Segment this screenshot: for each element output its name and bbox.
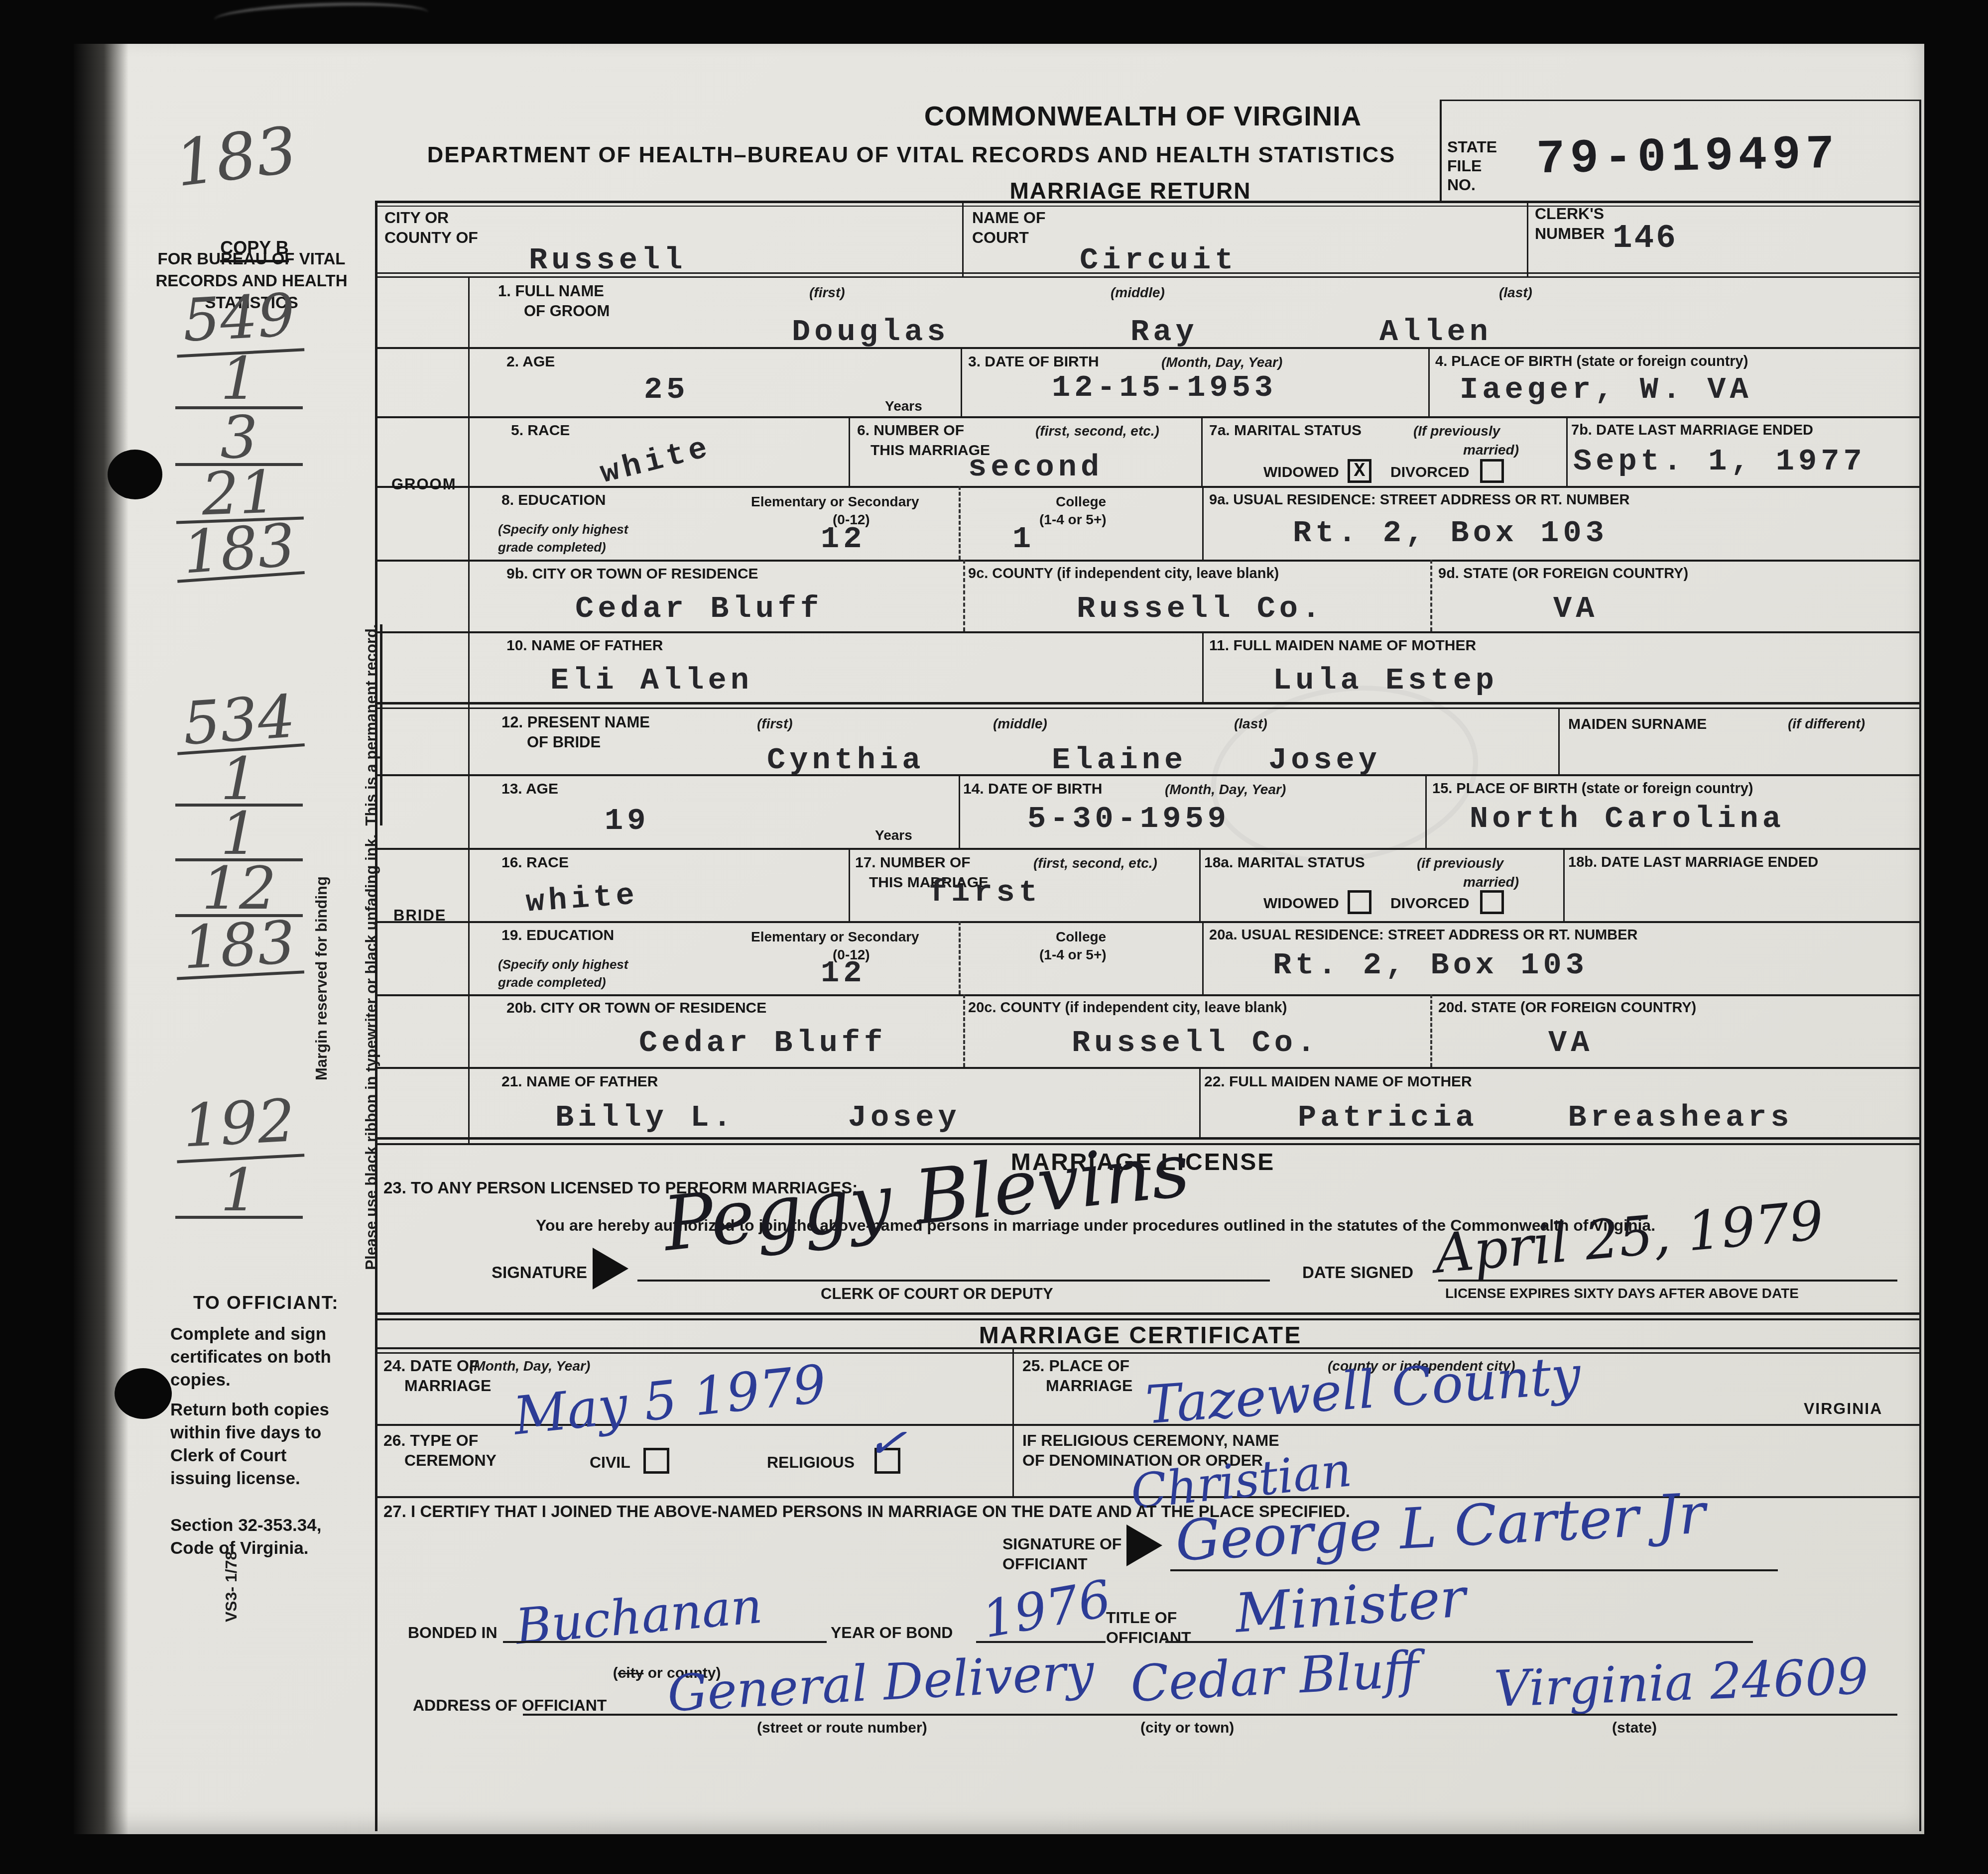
margin-number: 3 bbox=[175, 407, 303, 466]
rule bbox=[1199, 1067, 1201, 1137]
rule bbox=[1440, 100, 1442, 202]
groom-first-name: Douglas bbox=[792, 317, 949, 348]
rule bbox=[961, 347, 962, 416]
bride-marital-status-sublabel: (if previously bbox=[1417, 855, 1503, 871]
groom-residence-value: Rt. 2, Box 103 bbox=[1293, 518, 1608, 549]
middle-sublabel: (middle) bbox=[1111, 285, 1165, 301]
bride-mother-value: Patricia Breashears bbox=[1298, 1102, 1793, 1133]
clerk-number-label: CLERK'S bbox=[1535, 205, 1604, 223]
rule bbox=[1202, 631, 1204, 702]
margin-number: 1 bbox=[175, 349, 303, 409]
rule bbox=[375, 1067, 1921, 1069]
city-county-label: CITY OR bbox=[384, 209, 449, 227]
rule bbox=[375, 631, 1921, 633]
rule bbox=[375, 1312, 1921, 1315]
title-of-officiant-label: TITLE OF bbox=[1106, 1609, 1177, 1627]
rule bbox=[1527, 201, 1528, 278]
groom-state-value: VA bbox=[1553, 593, 1598, 624]
groom-pob-value: Iaeger, W. VA bbox=[1460, 374, 1752, 405]
groom-middle-name: Ray bbox=[1130, 317, 1198, 348]
bride-marital-status-sublabel: married) bbox=[1463, 874, 1519, 890]
signature-line bbox=[637, 1280, 1270, 1282]
code-reference-line: Section 32-353.34, bbox=[170, 1516, 322, 1535]
bride-years-label: Years bbox=[875, 827, 912, 843]
address-city-sublabel: (city or town) bbox=[1140, 1720, 1234, 1737]
signature-label: SIGNATURE bbox=[492, 1264, 587, 1282]
bride-state-value: VA bbox=[1548, 1028, 1593, 1058]
margin-number: 192 bbox=[174, 1090, 305, 1163]
groom-elementary-label: Elementary or Secondary bbox=[751, 494, 919, 509]
date-of-marriage-label: MARRIAGE bbox=[404, 1377, 491, 1395]
groom-age-value: 25 bbox=[644, 374, 689, 405]
religious-label: RELIGIOUS bbox=[767, 1454, 855, 1472]
first-sublabel: (first) bbox=[757, 716, 793, 732]
margin-number: 183 bbox=[174, 912, 304, 980]
bride-marriage-number-label: 17. NUMBER OF bbox=[855, 854, 971, 871]
rule bbox=[375, 560, 1921, 562]
middle-sublabel: (middle) bbox=[993, 716, 1047, 732]
denomination-label: IF RELIGIOUS CEREMONY, NAME bbox=[1022, 1432, 1279, 1450]
clerk-of-court-label: CLERK OF COURT OR DEPUTY bbox=[821, 1286, 1053, 1303]
court-label: NAME OF bbox=[972, 209, 1046, 227]
groom-county-value: Russell Co. bbox=[1077, 593, 1324, 624]
rule bbox=[1428, 347, 1430, 416]
bride-pob-value: North Carolina bbox=[1470, 804, 1785, 834]
groom-mother-label: 11. FULL MAIDEN NAME OF MOTHER bbox=[1209, 637, 1476, 654]
bride-education-sublabel: (Specify only highest bbox=[498, 957, 628, 972]
rule bbox=[959, 774, 960, 848]
groom-widowed-checkbox: X bbox=[1348, 459, 1371, 483]
ceremony-type-label: CEREMONY bbox=[404, 1452, 497, 1470]
address-state-value: Virginia 24609 bbox=[1493, 1651, 1869, 1714]
state-file-label: NO. bbox=[1447, 176, 1476, 194]
groom-section-label: GROOM bbox=[391, 476, 457, 493]
groom-name-label: OF GROOM bbox=[524, 303, 610, 320]
ink-note-underlined: This is a permanent record. bbox=[363, 624, 382, 826]
groom-years-label: Years bbox=[885, 398, 922, 414]
department-title: DEPARTMENT OF HEALTH–BUREAU OF VITAL REC… bbox=[383, 142, 1439, 167]
court-label: COURT bbox=[972, 229, 1029, 247]
groom-marriage-ended-label: 7b. DATE LAST MARRIAGE ENDED bbox=[1571, 422, 1813, 438]
bride-pob-label: 15. PLACE OF BIRTH (state or foreign cou… bbox=[1432, 781, 1753, 797]
rule bbox=[375, 1318, 1921, 1320]
last-sublabel: (last) bbox=[1234, 716, 1267, 732]
bride-marriage-number-value: first bbox=[929, 877, 1041, 908]
rule bbox=[849, 848, 850, 921]
groom-name-label: 1. FULL NAME bbox=[498, 283, 604, 300]
bride-race-value: white bbox=[525, 880, 639, 919]
license-expires-label: LICENSE EXPIRES SIXTY DAYS AFTER ABOVE D… bbox=[1445, 1286, 1799, 1301]
bride-college-label: College bbox=[1056, 929, 1106, 944]
paper-edge-shadow bbox=[74, 44, 128, 1834]
bride-dob-sublabel: (Month, Day, Year) bbox=[1165, 782, 1286, 798]
rule-dashed bbox=[1430, 994, 1432, 1067]
address-city-value: Cedar Bluff bbox=[1129, 1644, 1420, 1709]
groom-marital-status-sublabel: married) bbox=[1463, 442, 1519, 458]
state-file-label: FILE bbox=[1447, 157, 1482, 175]
officiant-signature-label: SIGNATURE OF bbox=[1002, 1535, 1121, 1553]
officiant-signature-arrow-icon bbox=[1126, 1524, 1162, 1566]
officiant-note-line: copies. bbox=[170, 1370, 231, 1390]
bride-widowed-label: WIDOWED bbox=[1263, 895, 1339, 912]
date-signed-label: DATE SIGNED bbox=[1302, 1264, 1413, 1282]
groom-dob-label: 3. DATE OF BIRTH bbox=[968, 353, 1099, 370]
groom-father-value: Eli Allen bbox=[550, 665, 753, 696]
groom-education-sublabel: grade completed) bbox=[498, 540, 606, 555]
bride-divorced-label: DIVORCED bbox=[1390, 895, 1469, 912]
groom-divorced-label: DIVORCED bbox=[1390, 464, 1469, 481]
place-of-marriage-label: 25. PLACE OF bbox=[1022, 1357, 1129, 1375]
rule bbox=[849, 416, 850, 486]
rule bbox=[1919, 100, 1921, 1831]
bride-first-name: Cynthia bbox=[767, 745, 924, 776]
commonwealth-title: COMMONWEALTH OF VIRGINIA bbox=[886, 101, 1399, 132]
groom-widowed-mark: X bbox=[1354, 461, 1366, 482]
bride-name-label: 12. PRESENT NAME bbox=[501, 714, 650, 731]
groom-college-label: College bbox=[1056, 494, 1106, 509]
margin-number: 1 bbox=[175, 1160, 303, 1219]
bride-mother-label: 22. FULL MAIDEN NAME OF MOTHER bbox=[1204, 1073, 1472, 1090]
bride-residence-value: Rt. 2, Box 103 bbox=[1273, 950, 1588, 981]
bride-dob-value: 5-30-1959 bbox=[1027, 804, 1230, 834]
form-title: MARRIAGE RETURN bbox=[881, 178, 1379, 204]
rule-dashed bbox=[959, 486, 961, 560]
date-signed-line bbox=[1438, 1280, 1897, 1282]
groom-marriage-ended-value: Sept. 1, 1977 bbox=[1573, 446, 1866, 477]
officiant-signature-label: OFFICIANT bbox=[1002, 1555, 1088, 1573]
bride-middle-name: Elaine bbox=[1052, 745, 1187, 776]
groom-dob-sublabel: (Month, Day, Year) bbox=[1161, 354, 1282, 370]
address-state-sublabel: (state) bbox=[1612, 1720, 1657, 1737]
margin-number: 183 bbox=[173, 514, 305, 583]
groom-residence-label: 9a. USUAL RESIDENCE: STREET ADDRESS OR R… bbox=[1209, 492, 1629, 508]
rule bbox=[1563, 848, 1565, 921]
civil-checkbox bbox=[643, 1448, 669, 1474]
groom-county-label: 9c. COUNTY (if independent city, leave b… bbox=[968, 566, 1279, 582]
groom-last-name: Allen bbox=[1379, 317, 1492, 348]
address-line bbox=[523, 1714, 1897, 1716]
clerk-number-value: 146 bbox=[1613, 222, 1678, 255]
rule bbox=[1202, 921, 1204, 994]
rule bbox=[1425, 774, 1427, 848]
maiden-surname-sublabel: (if different) bbox=[1788, 716, 1865, 732]
bride-name-label: OF BRIDE bbox=[527, 734, 601, 751]
rule bbox=[1440, 100, 1921, 101]
groom-college-value: 1 bbox=[1012, 524, 1035, 555]
groom-dob-value: 12-15-1953 bbox=[1052, 372, 1277, 403]
year-of-bond-label: YEAR OF BOND bbox=[831, 1624, 953, 1642]
groom-education-label: 8. EDUCATION bbox=[501, 492, 606, 509]
court-value: Circuit bbox=[1080, 245, 1237, 276]
groom-pob-label: 4. PLACE OF BIRTH (state or foreign coun… bbox=[1435, 353, 1748, 369]
clerk-number-label: NUMBER bbox=[1535, 225, 1605, 243]
officiant-note-line: Clerk of Court bbox=[170, 1446, 286, 1465]
bonded-in-line bbox=[503, 1641, 827, 1643]
bride-elementary-value: 12 bbox=[821, 958, 866, 989]
rule-dashed bbox=[963, 994, 965, 1067]
officiant-note-line: within five days to bbox=[170, 1423, 321, 1442]
groom-widowed-label: WIDOWED bbox=[1263, 464, 1339, 481]
city-county-value: Russell bbox=[529, 245, 686, 276]
rule-dashed bbox=[1430, 560, 1432, 631]
top-scratch-mark bbox=[214, 0, 429, 33]
rule bbox=[375, 416, 1921, 418]
bride-race-label: 16. RACE bbox=[501, 854, 569, 871]
groom-father-label: 10. NAME OF FATHER bbox=[506, 637, 663, 654]
bride-marriage-ended-label: 18b. DATE LAST MARRIAGE ENDED bbox=[1568, 854, 1818, 870]
bride-dob-label: 14. DATE OF BIRTH bbox=[963, 781, 1102, 798]
groom-age-label: 2. AGE bbox=[506, 353, 555, 370]
groom-education-sublabel: (Specify only highest bbox=[498, 522, 628, 537]
bride-divorced-checkbox bbox=[1480, 890, 1504, 914]
groom-divorced-checkbox bbox=[1480, 459, 1504, 483]
bride-marriage-number-sublabel: (first, second, etc.) bbox=[1033, 855, 1157, 871]
officiant-note-line: Complete and sign bbox=[170, 1324, 326, 1344]
groom-city-label: 9b. CITY OR TOWN OF RESIDENCE bbox=[506, 566, 758, 583]
certificate-section-title: MARRIAGE CERTIFICATE bbox=[966, 1322, 1315, 1349]
place-of-marriage-label: MARRIAGE bbox=[1046, 1377, 1132, 1395]
rule bbox=[1012, 1349, 1014, 1496]
bonded-in-label: BONDED IN bbox=[408, 1624, 497, 1642]
groom-marital-status-label: 7a. MARITAL STATUS bbox=[1209, 422, 1362, 439]
punch-hole bbox=[108, 450, 162, 499]
bride-last-name: Josey bbox=[1268, 745, 1381, 776]
bride-education-sublabel: grade completed) bbox=[498, 975, 606, 990]
first-sublabel: (first) bbox=[809, 285, 845, 301]
officiant-note-line: Return both copies bbox=[170, 1400, 329, 1419]
rule bbox=[375, 1352, 1921, 1354]
bride-father-label: 21. NAME OF FATHER bbox=[501, 1073, 658, 1090]
rule bbox=[375, 201, 377, 1831]
bride-age-label: 13. AGE bbox=[501, 781, 558, 798]
virginia-label: VIRGINIA bbox=[1804, 1400, 1882, 1418]
religious-checkmark: ✓ bbox=[865, 1417, 909, 1468]
last-sublabel: (last) bbox=[1499, 285, 1532, 301]
groom-race-label: 5. RACE bbox=[511, 422, 570, 439]
scanned-marriage-return: { "margin": { "top_number": "183", "copy… bbox=[0, 0, 1988, 1874]
rule bbox=[468, 276, 470, 1145]
bride-state-label: 20d. STATE (OR FOREIGN COUNTRY) bbox=[1438, 1000, 1696, 1016]
groom-marriage-number-value: second bbox=[968, 452, 1103, 483]
rule bbox=[1202, 486, 1204, 560]
punch-hole bbox=[115, 1368, 172, 1419]
bride-widowed-checkbox bbox=[1348, 890, 1371, 914]
bride-marital-status-label: 18a. MARITAL STATUS bbox=[1204, 854, 1365, 871]
state-file-number: 79-019497 bbox=[1536, 131, 1840, 184]
title-of-officiant-value: Minister bbox=[1234, 1571, 1468, 1641]
rule bbox=[1199, 848, 1201, 921]
maiden-surname-label: MAIDEN SURNAME bbox=[1568, 716, 1707, 733]
groom-state-label: 9d. STATE (OR FOREIGN COUNTRY) bbox=[1438, 566, 1688, 582]
rule bbox=[1201, 416, 1203, 486]
groom-marriage-number-label: 6. NUMBER OF bbox=[857, 422, 964, 439]
officiant-note-line: certificates on both bbox=[170, 1347, 331, 1367]
ceremony-type-label: 26. TYPE OF bbox=[383, 1432, 478, 1450]
rule bbox=[1566, 416, 1568, 486]
rule bbox=[375, 707, 1921, 709]
address-of-officiant-label: ADDRESS OF OFFICIANT bbox=[413, 1697, 607, 1715]
groom-marital-status-sublabel: (If previously bbox=[1413, 423, 1500, 439]
bride-county-label: 20c. COUNTY (if independent city, leave … bbox=[968, 1000, 1287, 1016]
date-of-marriage-label: 24. DATE OF bbox=[383, 1357, 479, 1375]
form-code: VS3- 1/78 bbox=[222, 1551, 241, 1622]
bride-city-value: Cedar Bluff bbox=[639, 1028, 886, 1058]
state-file-label: STATE bbox=[1447, 138, 1497, 156]
bride-father-value: Billy L. Josey bbox=[555, 1102, 961, 1133]
officiant-note-line: issuing license. bbox=[170, 1469, 300, 1488]
groom-city-value: Cedar Bluff bbox=[575, 593, 823, 624]
rule-dashed bbox=[963, 560, 965, 631]
title-of-officiant-label: OFFICIANT bbox=[1106, 1629, 1191, 1647]
rule bbox=[375, 206, 1921, 207]
rule bbox=[1558, 709, 1560, 774]
margin-number: 1 bbox=[175, 749, 303, 807]
bride-county-value: Russell Co. bbox=[1072, 1028, 1319, 1058]
bride-residence-label: 20a. USUAL RESIDENCE: STREET ADDRESS OR … bbox=[1209, 927, 1637, 943]
rule bbox=[375, 848, 1921, 850]
civil-label: CIVIL bbox=[590, 1454, 630, 1472]
rule bbox=[375, 702, 1921, 704]
binding-note: Margin reserved for binding bbox=[313, 876, 331, 1080]
date-of-marriage-sublabel: (Month, Day, Year) bbox=[469, 1358, 590, 1374]
rule bbox=[375, 921, 1921, 923]
bride-city-label: 20b. CITY OR TOWN OF RESIDENCE bbox=[506, 1000, 766, 1017]
bride-age-value: 19 bbox=[605, 806, 649, 836]
bride-section-label: BRIDE bbox=[393, 907, 446, 925]
bureau-line: FOR BUREAU OF VITAL bbox=[134, 250, 369, 268]
groom-marriage-number-sublabel: (first, second, etc.) bbox=[1035, 423, 1159, 439]
margin-number: 1 bbox=[175, 804, 303, 861]
address-street-sublabel: (street or route number) bbox=[757, 1720, 927, 1737]
groom-mother-value: Lula Estep bbox=[1273, 665, 1498, 696]
rule bbox=[375, 994, 1921, 996]
groom-college-range: (1-4 or 5+) bbox=[1039, 512, 1107, 527]
bride-elementary-label: Elementary or Secondary bbox=[751, 929, 919, 944]
city-struck: city bbox=[618, 1665, 644, 1681]
groom-elementary-value: 12 bbox=[821, 524, 866, 555]
margin-number-top: 183 bbox=[172, 118, 300, 197]
paren: ( bbox=[613, 1665, 618, 1681]
bride-college-range: (1-4 or 5+) bbox=[1039, 947, 1107, 962]
rule-dashed bbox=[959, 921, 961, 994]
city-county-label: COUNTY OF bbox=[384, 229, 478, 247]
signature-arrow-icon bbox=[593, 1248, 628, 1289]
rule bbox=[962, 201, 964, 278]
bride-education-label: 19. EDUCATION bbox=[501, 927, 614, 944]
title-of-officiant-line bbox=[1165, 1641, 1753, 1643]
officiant-signature-line bbox=[1170, 1569, 1778, 1571]
to-officiant-title: TO OFFICIANT: bbox=[193, 1292, 339, 1313]
